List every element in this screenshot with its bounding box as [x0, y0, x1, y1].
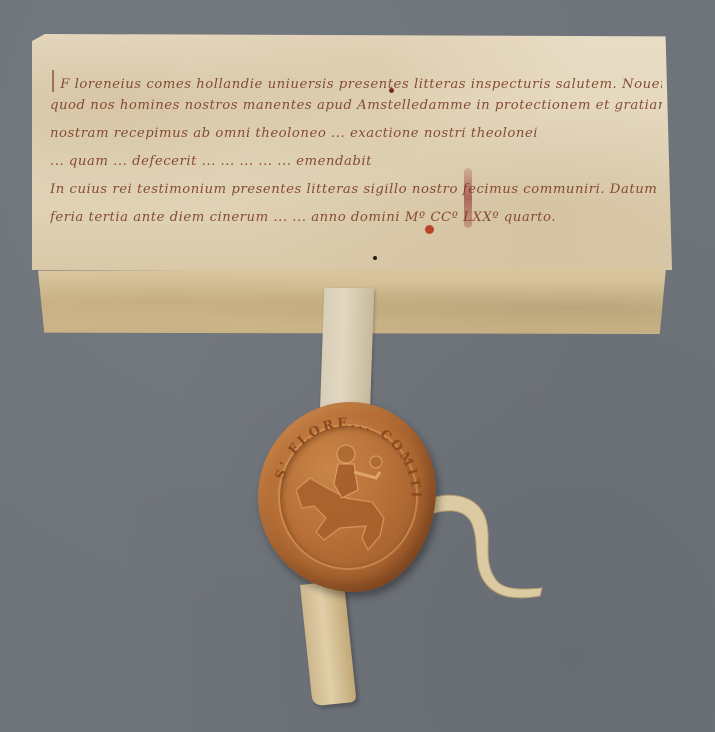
ink-spot	[389, 88, 394, 93]
seal-tag-curl	[420, 480, 550, 600]
ink-spot	[373, 256, 377, 260]
red-wax-dot	[425, 225, 434, 234]
text-line-4: ... quam ... defecerit ... ... ... ... .…	[50, 154, 662, 182]
text-line-3: nostram recepimus ab omni theoloneo ... …	[50, 126, 662, 154]
text-line-1: F loreneius comes hollandie uniuersis pr…	[50, 70, 662, 98]
seal-tag-upper	[320, 288, 375, 418]
text-line-2: quod nos homines nostros manentes apud A…	[50, 98, 662, 126]
wax-stain	[464, 168, 472, 228]
text-line-6: feria tertia ante diem cinerum ... ... a…	[50, 210, 662, 238]
wax-seal: S' FLORE... COMITIS	[258, 402, 436, 592]
equestrian-figure-icon	[276, 432, 416, 562]
charter-text: F loreneius comes hollandie uniuersis pr…	[56, 70, 656, 238]
text-line-5: In cuius rei testimonium presentes litte…	[50, 182, 662, 210]
